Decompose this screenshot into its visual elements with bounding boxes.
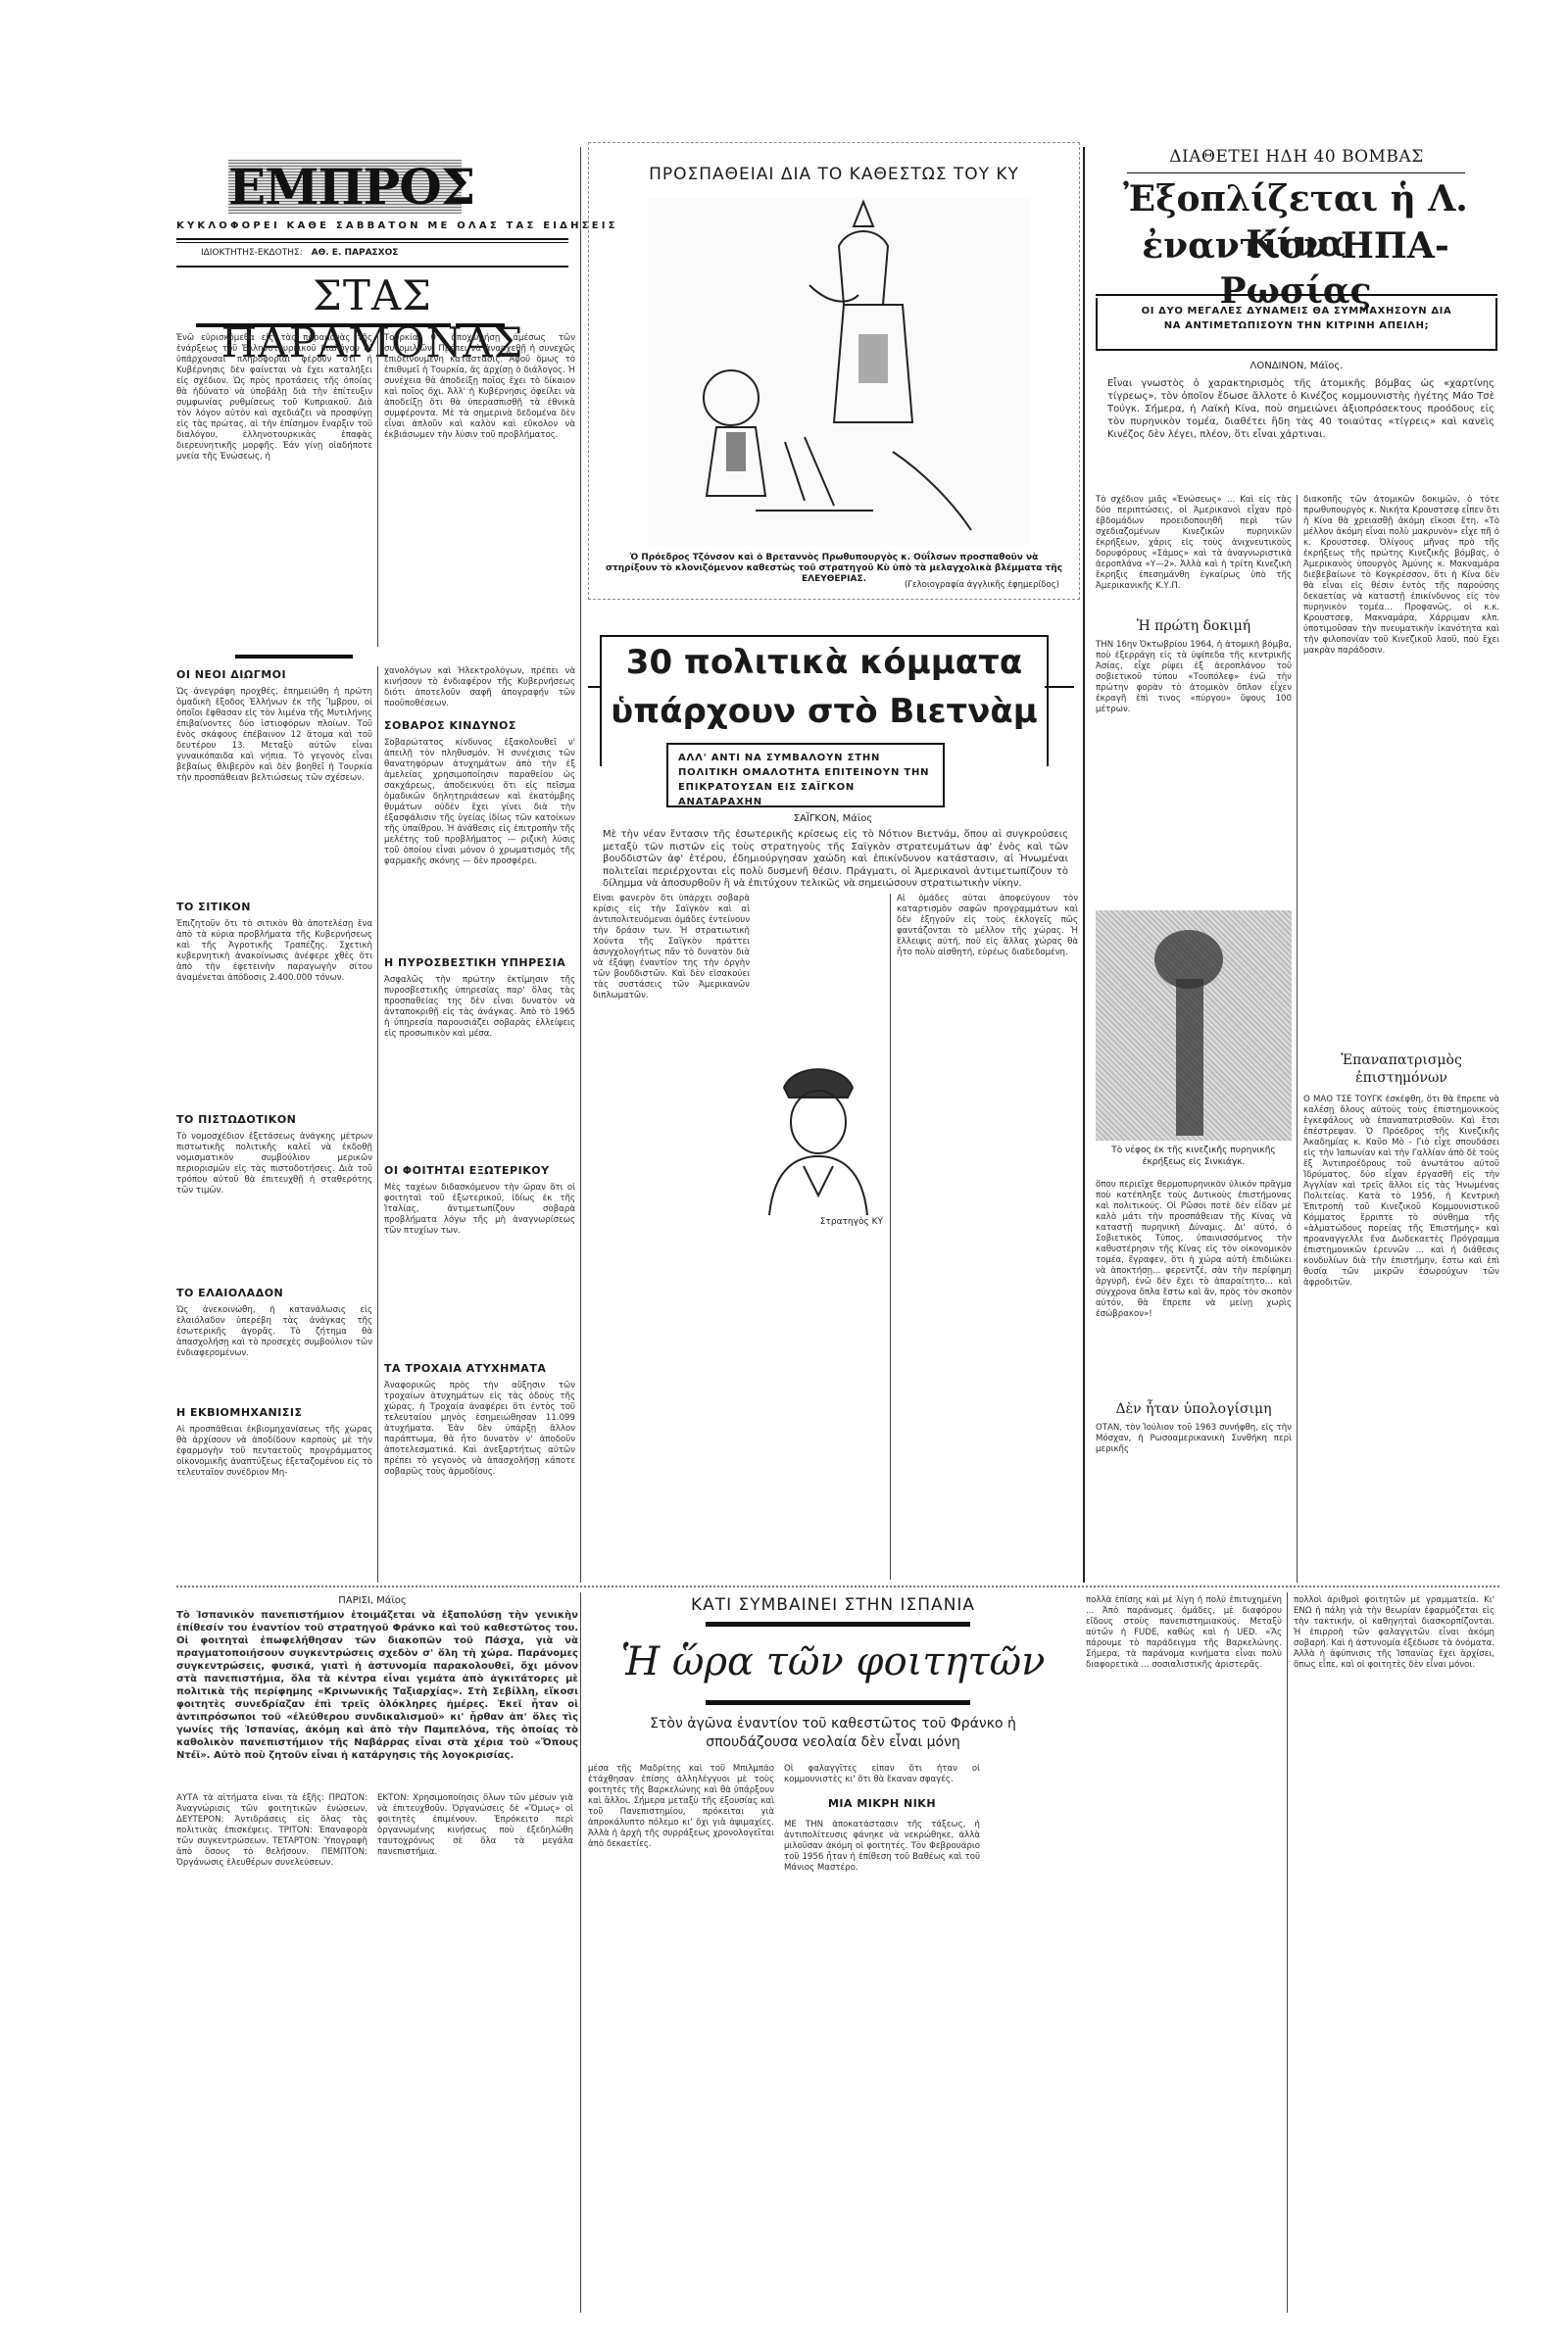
- divider: [196, 323, 451, 327]
- cartoon-title: ΠΡΟΣΠΑΘΕΙΑΙ ΔΙΑ ΤΟ ΚΑΘΕΣΤΩΣ ΤΟΥ ΚΥ: [589, 165, 1079, 184]
- column-rule: [580, 147, 581, 1583]
- china-subhead: ΟΙ ΔΥΟ ΜΕΓΑΛΕΣ ΔΥΝΑΜΕΙΣ ΘΑ ΣΥΜΜΑΧΗΣΟΥΝ Δ…: [1098, 298, 1495, 339]
- article-text: ὅπου περιεῖχε θερμοπυρηνικὸν ὑλικόν πρᾶγ…: [1096, 1180, 1292, 1395]
- portrait-sketch-icon: [750, 1049, 887, 1225]
- divider: [176, 238, 568, 240]
- spain-col-b: ΕΚΤΟΝ: Χρησιμοποίησις ὅλων τῶν μέσων γιὰ…: [377, 1793, 573, 2313]
- section-heading: ΣΟΒΑΡΟΣ ΚΙΝΔΥΝΟΣ: [384, 719, 575, 732]
- divider: [176, 242, 568, 243]
- section-text: Αἱ προσπάθειαι ἐκβιομηχανίσεως τῆς χώρας…: [176, 1425, 372, 1503]
- vietnam-subhead-box: ΑΛΛ' ΑΝΤΙ ΝΑ ΣΥΜΒΑΛΟΥΝ ΣΤΗΝ ΠΟΛΙΤΙΚΗ ΟΜΑ…: [666, 743, 945, 807]
- cloud-stem-icon: [1176, 979, 1203, 1136]
- spain-kicker: ΚΑΤΙ ΣΥΜΒΑΙΝΕΙ ΣΤΗΝ ΙΣΠΑΝΙΑ: [588, 1595, 1078, 1615]
- spain-col-f: πολλοὶ ἀριθμοὶ φοιτητῶν μὲ γραμματεία. Κ…: [1294, 1595, 1494, 2311]
- portrait-caption: Στρατηγὸς ΚΥ: [820, 1217, 883, 1227]
- section-heading: ΤΟ ΠΙΣΤΩΔΟΤΙΚΟΝ: [176, 1113, 372, 1126]
- statue-of-liberty-cartoon-icon: [648, 197, 1030, 545]
- masthead-title: ΕΜΠΡΟΣ: [228, 160, 462, 214]
- left-news-column: ΟΙ ΝΕΟΙ ΔΙΩΓΜΟΙ Ὡς ἀνεγράφη προχθές, ἐπη…: [176, 666, 372, 1583]
- divider: [1045, 686, 1074, 688]
- divider: [1096, 294, 1497, 296]
- article-text: Τὸ σχέδιον μιᾶς «Ἑνώσεως» ... Καὶ εἰς τὰ…: [1096, 495, 1292, 612]
- section-heading: Η ΠΥΡΟΣΒΕΣΤΙΚΗ ΥΠΗΡΕΣΙΑ: [384, 956, 575, 969]
- article-text: Ο ΜΑΟ ΤΣΕ ΤΟΥΓΚ ἐσκέφθη, ὅτι θὰ ἔπρεπε ν…: [1303, 1095, 1499, 1565]
- vietnam-headline-1: 30 πολιτικὰ κόμματα: [602, 643, 1047, 682]
- divider: [176, 266, 568, 268]
- spain-col-e: πολλὰ ἐπίσης καὶ μὲ λίγη ἡ πολὺ ἐπιτυχημ…: [1086, 1595, 1282, 2311]
- section-text: Τὸ νομοσχέδιον ἐξετάσεως ἀνάγκης μέτρων …: [176, 1132, 372, 1279]
- vietnam-dateline: ΣΑΪΓΚΟΝ, Μάϊος: [588, 813, 1078, 824]
- spain-col-d: Οἱ φαλαγγῖτες εἶπαν ὅτι ἦταν οἱ κομμουνι…: [784, 1764, 980, 2313]
- section-heading: ΤΑ ΤΡΟΧΑΙΑ ΑΤΥΧΗΜΑΤΑ: [384, 1362, 575, 1375]
- china-lead: Εἶναι γνωστὸς ὁ χαρακτηρισμὸς τῆς ἀτομικ…: [1107, 377, 1494, 485]
- section-text: Ἐπιζητοῦν ὅτι τὸ σιτικὸν θὰ ἀποτελέσῃ ἕν…: [176, 919, 372, 1105]
- spain-subhead: Στὸν ἀγῶνα ἐναντίον τοῦ καθεστῶτος τοῦ Φ…: [608, 1715, 1058, 1752]
- column-rule: [890, 894, 891, 1580]
- divider: [706, 1622, 970, 1627]
- spain-col-c: μέσα τῆς Μαδρίτης καὶ τοῦ Μπιλμπάο ἐτάχθ…: [588, 1764, 774, 2313]
- editorial-col-2: Τουρκία θ' ἀποχωρήσῃ ἀμέσως τῶν συνομιλι…: [384, 333, 575, 647]
- article-text: ΤΗΝ 16ην Ὀκτωβρίου 1964, ἡ ἀτομικὴ βόμβα…: [1096, 640, 1292, 904]
- column-rule: [377, 333, 378, 647]
- cartoon-illustration: [648, 197, 1030, 545]
- section-text: Ἀναφορικῶς πρὸς τὴν αὔξησιν τῶν τροχαίων…: [384, 1381, 575, 1528]
- section-heading: Η ΕΚΒΙΟΜΗΧΑΝΙΣΙΣ: [176, 1406, 372, 1419]
- photo-caption: Τὸ νέφος ἐκ τῆς κινεζικῆς πυρηνικῆς ἐκρή…: [1096, 1145, 1292, 1168]
- divider: [588, 686, 600, 688]
- article-subhead: ΜΙΑ ΜΙΚΡΗ ΝΙΚΗ: [784, 1797, 980, 1810]
- china-col-2: διακοπῆς τῶν ἀτομικῶν δοκιμῶν, ὁ τότε πρ…: [1303, 495, 1499, 1583]
- article-subhead: Ἐπαναπατρισμὸς ἐπιστημόνων: [1323, 1051, 1480, 1087]
- article-text: ΟΤΑΝ, τὸν Ἰούλιον τοῦ 1963 συνήφθη, εἰς …: [1096, 1423, 1292, 1462]
- china-col-1: Τὸ σχέδιον μιᾶς «Ἑνώσεως» ... Καὶ εἰς τὰ…: [1096, 495, 1292, 1583]
- mid-news-column: χανολόγων καὶ Ἠλεκτρολόγων, πρέπει νὰ κι…: [384, 666, 575, 1583]
- china-dateline: ΛΟΝΔΙΝΟΝ, Μάϊος.: [1096, 361, 1497, 371]
- cartoon-box: ΠΡΟΣΠΑΘΕΙΑΙ ΔΙΑ ΤΟ ΚΑΘΕΣΤΩΣ ΤΟΥ ΚΥ Ὁ Πρό…: [588, 142, 1080, 600]
- vietnam-col-2: Αἱ ὁμάδες αὗται ἀποφεύγουν τὸν καταρτισμ…: [897, 894, 1078, 1580]
- nuclear-cloud-photo: [1096, 910, 1292, 1141]
- section-text: Ἀσφαλῶς τὴν πρώτην ἐκτίμησιν τῆς πυροσβε…: [384, 975, 575, 1156]
- column-rule: [580, 1592, 581, 2313]
- section-heading: ΟΙ ΝΕΟΙ ΔΙΩΓΜΟΙ: [176, 668, 372, 681]
- cartoon-credit: (Γελοιογραφία ἀγγλικῆς ἐφημερίδος): [905, 580, 1059, 590]
- masthead: ΕΜΠΡΟΣ ΚΥΚΛΟΦΟΡΕΙ ΚΑΘΕ ΣΑΒΒΑΤΟΝ ΜΕ ΟΛΑΣ …: [201, 152, 568, 269]
- spain-lead: Τὸ Ἱσπανικὸν πανεπιστήμιον ἑτοιμάζεται ν…: [176, 1609, 578, 1781]
- publisher-line: ΙΔΙΟΚΤΗΤΗΣ-ΕΚΔΟΤΗΣ: ΑΘ. Ε. ΠΑΡΑΣΧΟΣ: [201, 248, 398, 258]
- general-ky-portrait: Στρατηγὸς ΚΥ: [750, 1049, 887, 1225]
- column-rule: [1297, 495, 1298, 1583]
- section-heading: ΤΟ ΕΛΑΙΟΛΑΔΟΝ: [176, 1287, 372, 1299]
- column-rule: [1287, 1592, 1288, 2313]
- section-heading: ΟΙ ΦΟΙΤΗΤΑΙ ΕΞΩΤΕΡΙΚΟΥ: [384, 1164, 575, 1177]
- spain-dateline: ΠΑΡΙΣΙ, Μάϊος: [176, 1595, 568, 1606]
- column-rule: [377, 666, 378, 1583]
- section-text: Ὡς ἀνεγράφη προχθές, ἐπημειώθη ἡ πρώτη ὁ…: [176, 687, 372, 893]
- china-kicker: ΔΙΑΘΕΤΕΙ ΗΔΗ 40 ΒΟΜΒΑΣ: [1096, 147, 1497, 167]
- section-heading: ΤΟ ΣΙΤΙΚΟΝ: [176, 901, 372, 913]
- publisher-label: ΙΔΙΟΚΤΗΤΗΣ-ΕΚΔΟΤΗΣ:: [201, 248, 303, 258]
- column-rule: [1083, 147, 1085, 1583]
- divider: [235, 655, 353, 659]
- section-text: Μὲς ταχέων διδασκόμενον τὴν ὥραν ὅτι οἱ …: [384, 1183, 575, 1354]
- section-text: Σοβαρώτατος κίνδυνος ἐξακολουθεῖ ν' ἀπει…: [384, 738, 575, 949]
- editorial-col-1: Ἐνῶ εὑρισκόμεθα εἰς τὰς παραμονὰς τῆς ἐν…: [176, 333, 372, 647]
- publisher-name: ΑΘ. Ε. ΠΑΡΑΣΧΟΣ: [312, 248, 399, 258]
- spain-headline: Ἡ ὥρα τῶν φοιτητῶν: [588, 1638, 1078, 1685]
- section-text: Ὡς ἀνεκοινώθη, ἡ κατανάλωσις εἰς ἐλαιόλα…: [176, 1305, 372, 1398]
- divider: [706, 1700, 970, 1705]
- vietnam-col-1: Εἶναι φανερὸν ὅτι ὑπάρχει σοβαρὰ κρίσις …: [593, 894, 750, 1580]
- section-text: χανολόγων καὶ Ἠλεκτρολόγων, πρέπει νὰ κι…: [384, 666, 575, 706]
- spain-col-a: ΑΥΤΑ τὰ αἰτήματα εἶναι τὰ ἑξῆς: ΠΡΩΤΟΝ: …: [176, 1793, 367, 2313]
- article-text: Οἱ φαλαγγῖτες εἶπαν ὅτι ἦταν οἱ κομμουνι…: [784, 1764, 980, 1787]
- masthead-tagline: ΚΥΚΛΟΦΟΡΕΙ ΚΑΘΕ ΣΑΒΒΑΤΟΝ ΜΕ ΟΛΑΣ ΤΑΣ ΕΙΔ…: [176, 220, 568, 231]
- divider: [456, 323, 505, 327]
- article-text: ΜΕ ΤΗΝ ἀποκατάστασιν τῆς τάξεως, ἡ ἀντιπ…: [784, 1820, 980, 2290]
- article-text: διακοπῆς τῶν ἀτομικῶν δοκιμῶν, ὁ τότε πρ…: [1303, 495, 1499, 1044]
- vietnam-headline-2: ὑπάρχουν στὸ Βιετνὰμ: [602, 692, 1047, 731]
- divider: [1127, 172, 1465, 173]
- vietnam-subhead: ΑΛΛ' ΑΝΤΙ ΝΑ ΣΥΜΒΑΛΟΥΝ ΣΤΗΝ ΠΟΛΙΤΙΚΗ ΟΜΑ…: [668, 745, 943, 815]
- article-subhead: Ἡ πρώτη δοκιμή: [1096, 618, 1292, 634]
- china-subhead-box: ΟΙ ΔΥΟ ΜΕΓΑΛΕΣ ΔΥΝΑΜΕΙΣ ΘΑ ΣΥΜΜΑΧΗΣΟΥΝ Δ…: [1096, 298, 1497, 351]
- vietnam-lead: Μὲ τὴν νέαν ἔντασιν τῆς ἐσωτερικῆς κρίσε…: [603, 829, 1068, 888]
- article-subhead: Δὲν ἦταν ὑπολογίσιμη: [1096, 1401, 1292, 1417]
- divider: [176, 1586, 1499, 1587]
